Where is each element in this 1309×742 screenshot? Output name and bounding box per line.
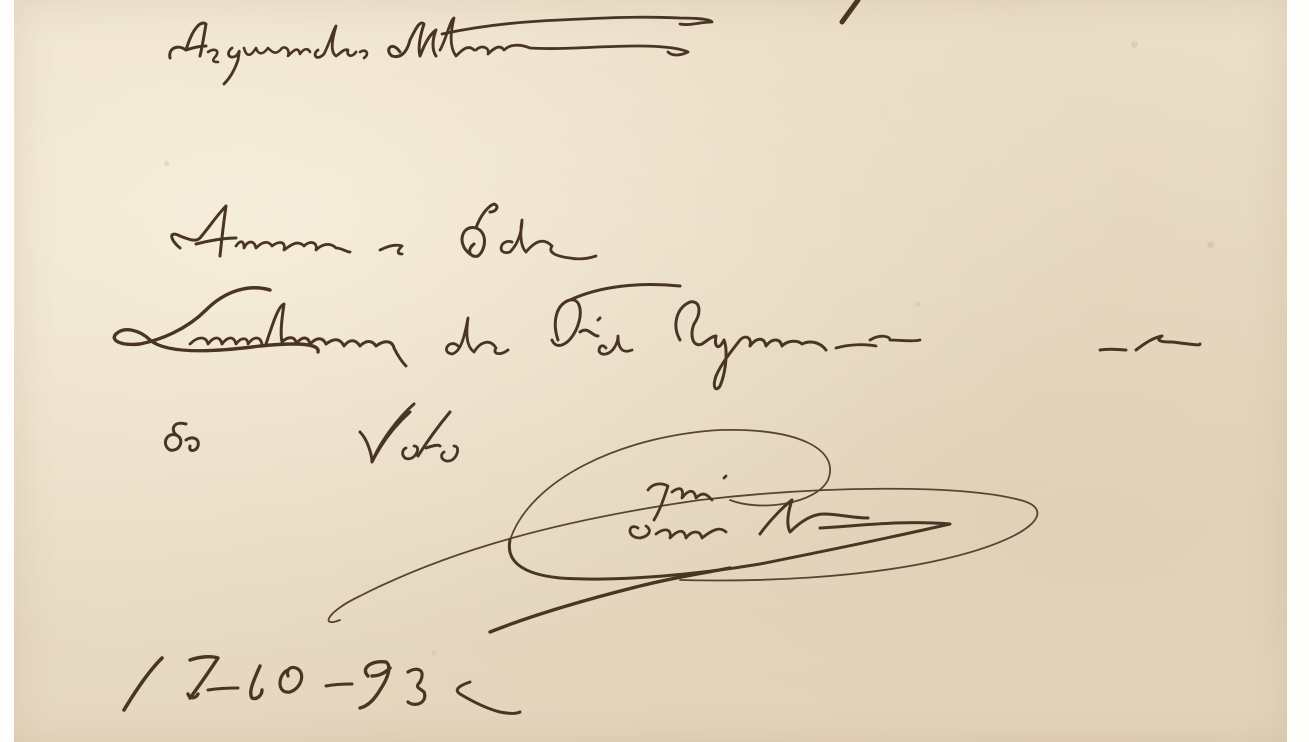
date-text: 17-10-932 — [124, 652, 391, 712]
handwriting-layer — [0, 0, 1309, 742]
scanned-page: As queridas Nettas Aurora e Ida Lembranç… — [0, 0, 1309, 742]
message-cont-text: do Vovô — [160, 404, 342, 458]
recipients-text: Aurora e Ida — [178, 206, 459, 257]
signature-text: Jm. Posmte — [600, 470, 872, 526]
salutation-text: As queridas Nettas — [170, 18, 557, 64]
message-text: Lembranças da Tia Cyrma e — [112, 296, 797, 352]
stray-ink-mark — [842, 0, 858, 22]
handwriting-signature — [329, 430, 1038, 632]
